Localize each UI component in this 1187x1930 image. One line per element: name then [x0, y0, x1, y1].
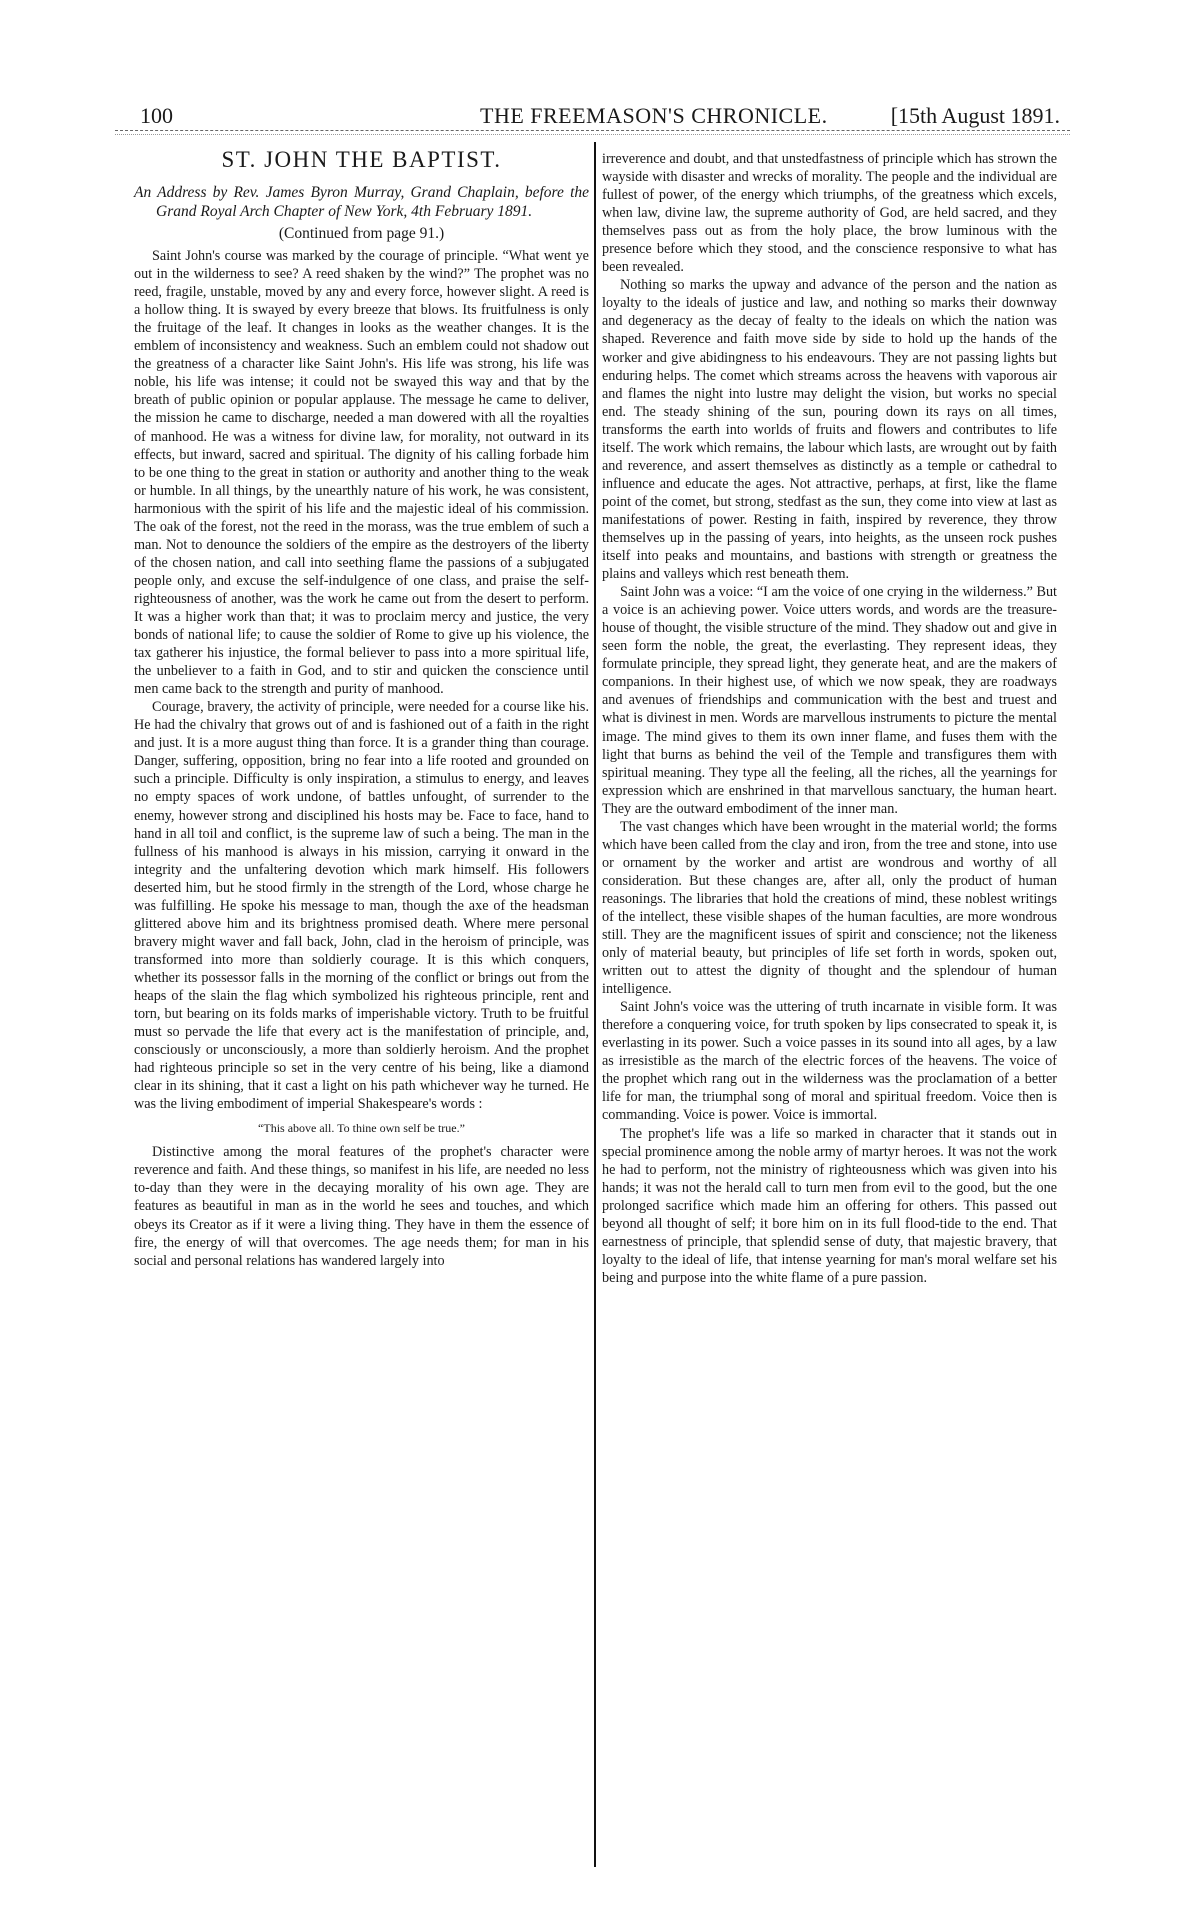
- shakespeare-quote: “This above all. To thine own self be tr…: [134, 1119, 589, 1137]
- article-title: ST. JOHN THE BAPTIST.: [134, 145, 589, 175]
- paragraph: Distinctive among the moral features of …: [134, 1143, 589, 1269]
- paragraph: Nothing so marks the upway and advance o…: [602, 276, 1057, 583]
- newspaper-page: 100 THE FREEMASON'S CHRONICLE. [15th Aug…: [0, 0, 1187, 1930]
- paragraph: The vast changes which have been wrought…: [602, 818, 1057, 998]
- paragraph: Saint John's voice was the uttering of t…: [602, 998, 1057, 1124]
- masthead-rule-secondary: [115, 134, 1070, 135]
- paragraph: Courage, bravery, the activity of princi…: [134, 698, 589, 1113]
- paragraph: Saint John was a voice: “I am the voice …: [602, 583, 1057, 818]
- paragraph: Saint John's course was marked by the co…: [134, 247, 589, 698]
- column-divider: [594, 142, 596, 1867]
- paragraph-continuation: irreverence and doubt, and that unstedfa…: [602, 150, 1057, 276]
- paragraph: The prophet's life was a life so marked …: [602, 1125, 1057, 1287]
- right-column: irreverence and doubt, and that unstedfa…: [602, 150, 1057, 1287]
- masthead-rule: [115, 130, 1070, 131]
- issue-date: [15th August 1891.: [891, 103, 1060, 129]
- page-number: 100: [140, 103, 173, 129]
- masthead: 100 THE FREEMASON'S CHRONICLE. [15th Aug…: [140, 103, 1060, 133]
- publication-title: THE FREEMASON'S CHRONICLE.: [480, 103, 828, 129]
- left-column: ST. JOHN THE BAPTIST. An Address by Rev.…: [134, 145, 589, 1270]
- article-byline: An Address by Rev. James Byron Murray, G…: [134, 184, 589, 221]
- continued-note: (Continued from page 91.): [134, 225, 589, 243]
